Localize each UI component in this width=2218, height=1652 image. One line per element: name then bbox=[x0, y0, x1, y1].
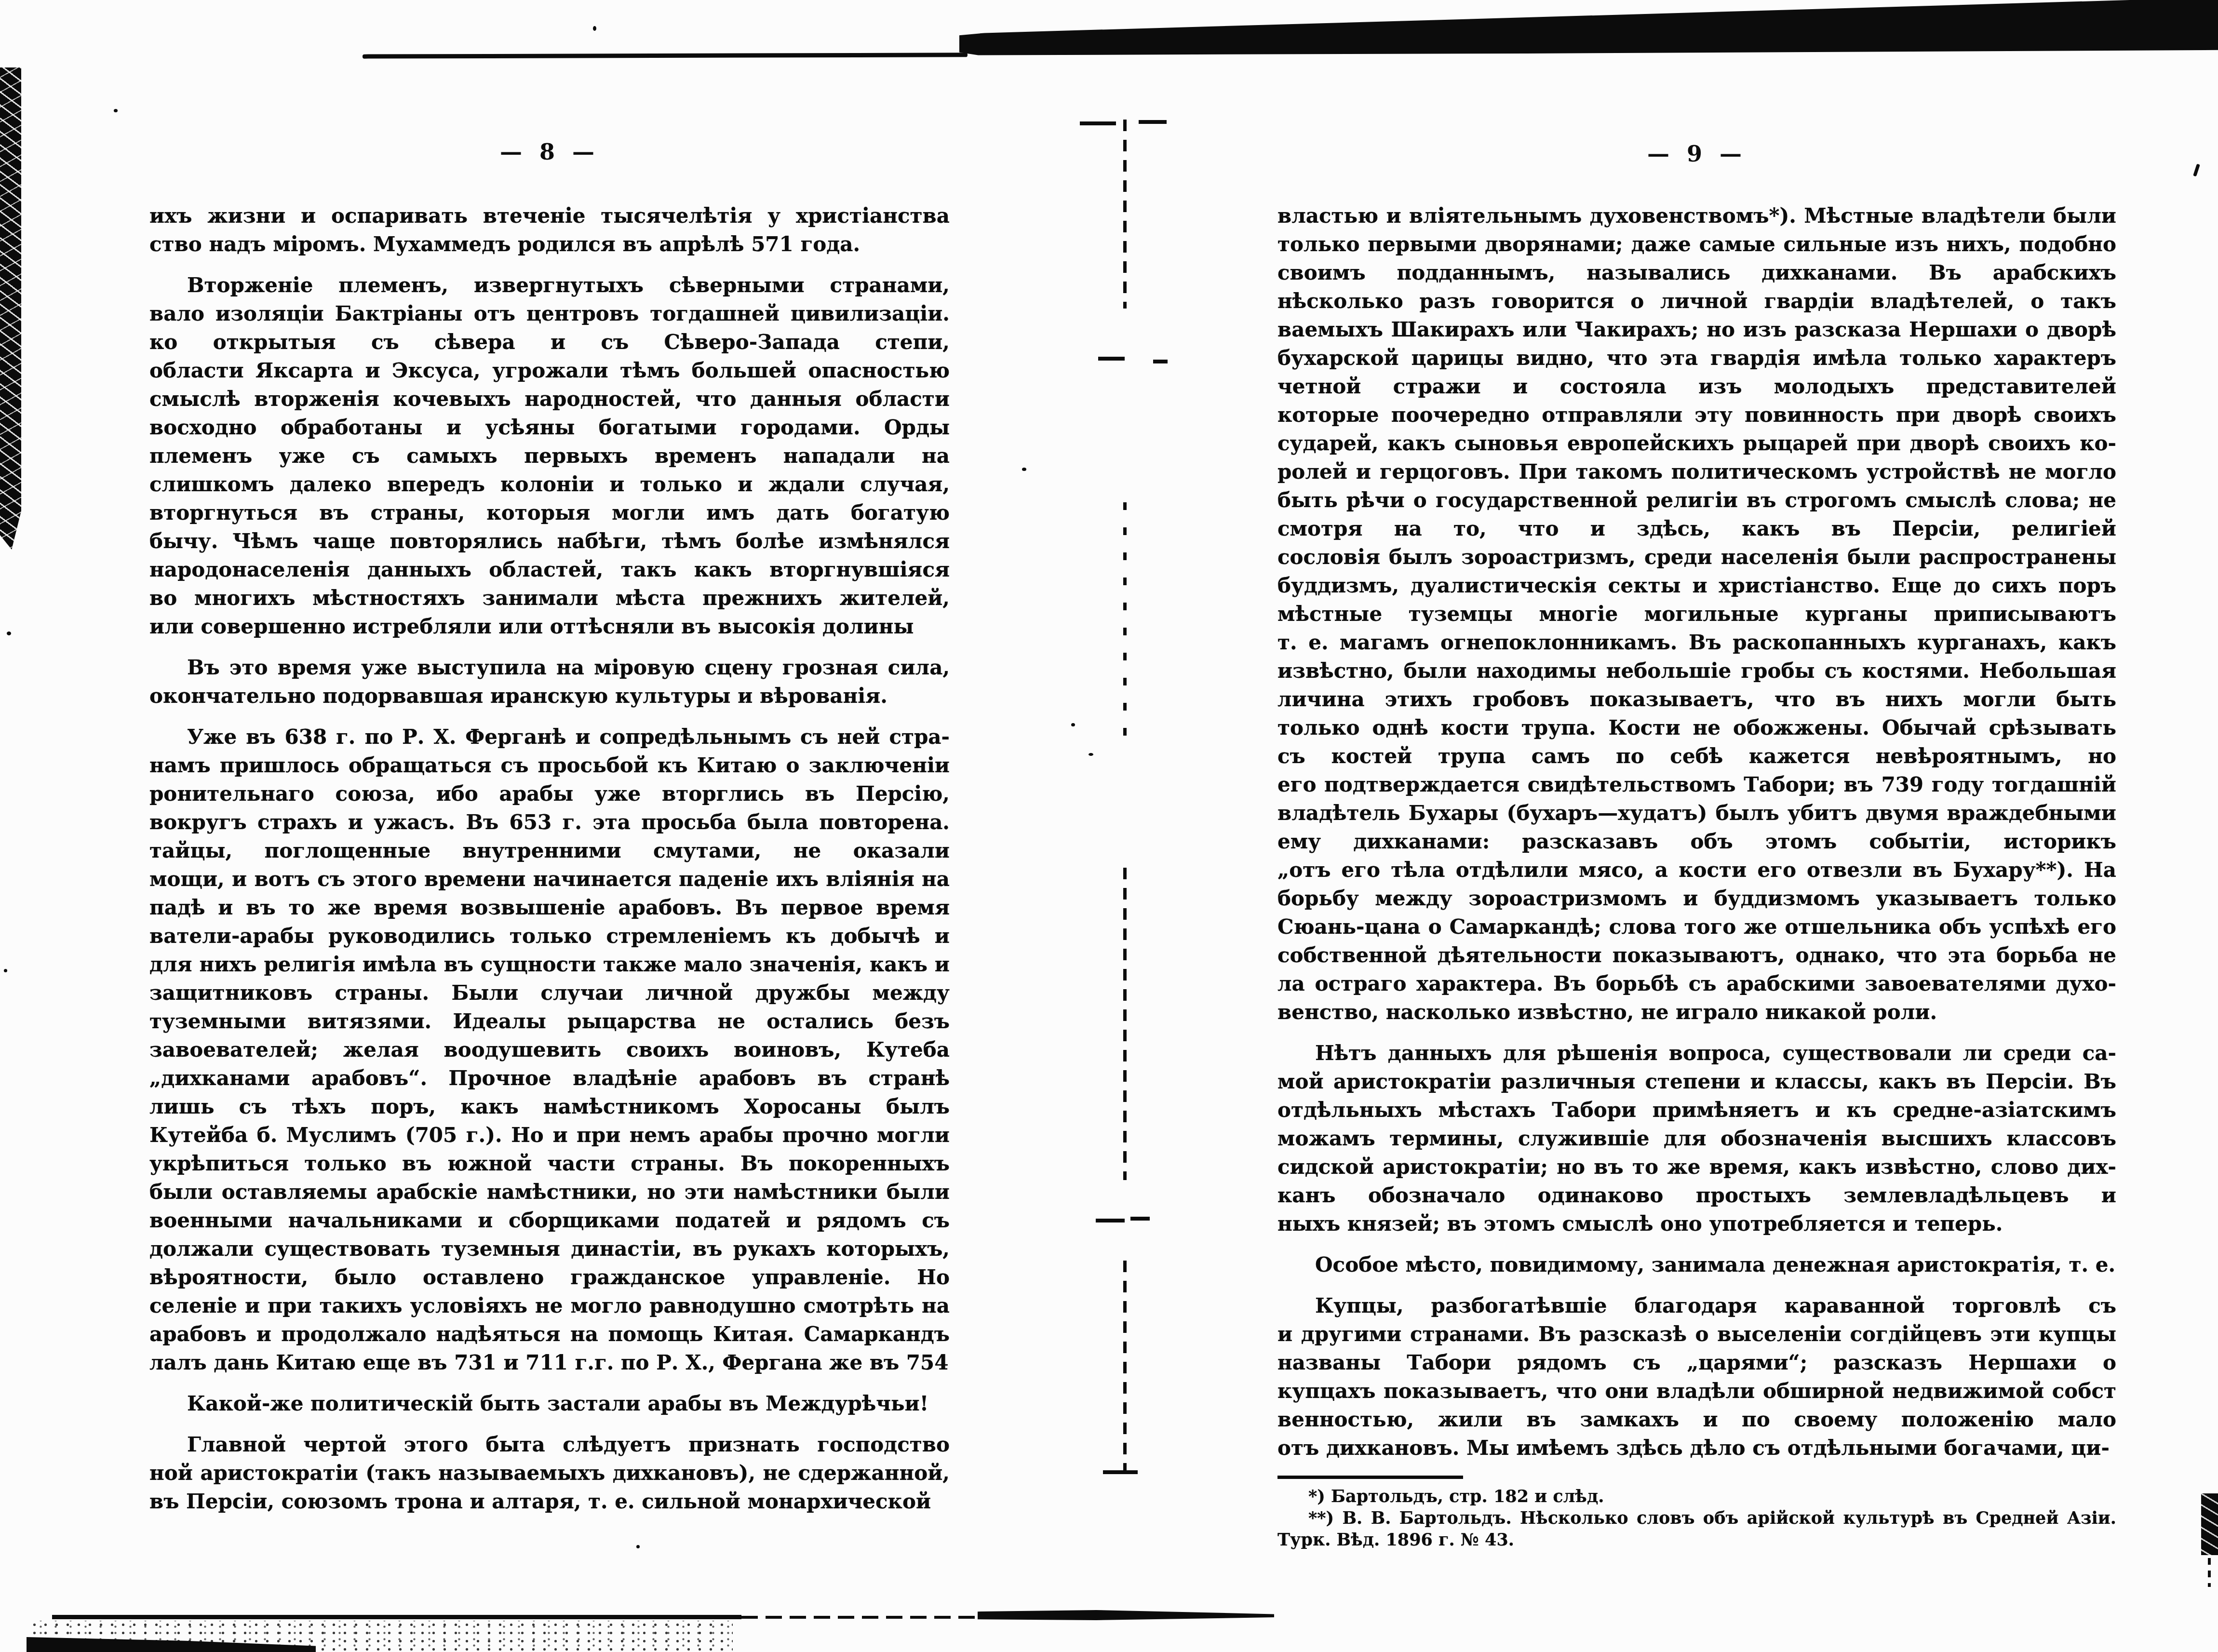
text-line: ваемыхъ Шакирахъ или Чакирахъ; но изъ ра… bbox=[1277, 315, 2116, 344]
ink-speck bbox=[4, 969, 7, 972]
paragraph: ихъ жизни и оспаривать втеченіе тысячелѣ… bbox=[149, 201, 950, 258]
text-line: вторгнуться въ страны, которыя могли имъ… bbox=[149, 498, 950, 527]
paragraph: Вторженіе племенъ, извергнутыхъ сѣверным… bbox=[149, 271, 950, 641]
text-line: лалъ дань Китаю еще въ 731 и 711 г.г. по… bbox=[149, 1348, 950, 1377]
text-line: области Яксарта и Эксуса, угрожали тѣмъ … bbox=[149, 356, 950, 385]
text-line: падѣ и въ то же время возвышеніе арабовъ… bbox=[149, 893, 950, 922]
text-line: Вторженіе племенъ, извергнутыхъ сѣверным… bbox=[149, 271, 950, 299]
text-line: Особое мѣсто, повидимому, занимала денеж… bbox=[1277, 1250, 2116, 1279]
text-line: тайцы, поглощенные внутренними смутами, … bbox=[149, 836, 950, 865]
text-line: владѣтель Бухары (бухаръ—худатъ) былъ уб… bbox=[1277, 799, 2116, 827]
ink-speck bbox=[1022, 468, 1026, 471]
page-left-text-column: ихъ жизни и оспаривать втеченіе тысячелѣ… bbox=[149, 201, 950, 1516]
text-line: вокругъ страхъ и ужасъ. Въ 653 г. эта пр… bbox=[149, 808, 950, 836]
text-line: въ Персіи, союзомъ трона и алтаря, т. е.… bbox=[149, 1487, 950, 1516]
text-line: съ костей трупа самъ по себѣ кажется нев… bbox=[1277, 742, 2116, 770]
text-line: Кутейба б. Муслимъ (705 г.). Но и при не… bbox=[149, 1121, 950, 1149]
text-line: сударей, какъ сыновья европейскихъ рыцар… bbox=[1277, 429, 2116, 457]
text-line: селеніе и при такихъ условіяхъ не могло … bbox=[149, 1291, 950, 1320]
text-line: слишкомъ далеко впередъ колоніи и только… bbox=[149, 470, 950, 498]
scan-artifact-right-edge bbox=[2201, 1493, 2218, 1555]
ink-speck bbox=[1071, 723, 1075, 726]
text-line: „отъ его тѣла отдѣлили мясо, а кости его… bbox=[1277, 856, 2116, 884]
scan-artifact-gutter-fold bbox=[1080, 121, 1116, 125]
text-line: отъ дихкановъ. Мы имѣемъ здѣсь дѣло съ о… bbox=[1277, 1434, 2116, 1462]
ink-speck bbox=[2193, 164, 2200, 177]
text-line: и другими странами. Въ разсказѣ о выселе… bbox=[1277, 1320, 2116, 1348]
text-line: восходно обработаны и усѣяны богатыми го… bbox=[149, 413, 950, 442]
text-line: нѣсколько разъ говорится о личной гварді… bbox=[1277, 287, 2116, 315]
paragraph: Въ это время уже выступила на міровую сц… bbox=[149, 653, 950, 710]
text-line: ихъ жизни и оспаривать втеченіе тысячелѣ… bbox=[149, 201, 950, 230]
text-line: вѣроятности, было оставлено гражданское … bbox=[149, 1263, 950, 1291]
text-line: властью и вліятельнымъ духовенствомъ*). … bbox=[1277, 201, 2116, 230]
text-line: во многихъ мѣстностяхъ занимали мѣста пр… bbox=[149, 584, 950, 612]
text-line: защитниковъ страны. Были случаи личной д… bbox=[149, 979, 950, 1007]
scan-artifact-gutter-fold bbox=[1123, 120, 1127, 309]
footnote-line: *) Бартольдъ, стр. 182 и слѣд. bbox=[1277, 1486, 2116, 1507]
text-line: быть рѣчи о государственной религіи въ с… bbox=[1277, 486, 2116, 514]
text-line: „дихканами арабовъ“. Прочное владѣніе ар… bbox=[149, 1064, 950, 1092]
paragraph: Особое мѣсто, повидимому, занимала денеж… bbox=[1277, 1250, 2116, 1279]
text-line: для нихъ религія имѣла въ сущности также… bbox=[149, 950, 950, 979]
text-line: ко открытыя съ сѣвера и съ Сѣверо-Запада… bbox=[149, 328, 950, 356]
text-line: ватели-арабы руководились только стремле… bbox=[149, 922, 950, 950]
text-line: личина этихъ гробовъ показываетъ, что въ… bbox=[1277, 685, 2116, 713]
ink-speck bbox=[593, 26, 596, 31]
text-line: лишь съ тѣхъ поръ, какъ намѣстникомъ Хор… bbox=[149, 1092, 950, 1121]
ink-speck bbox=[636, 1545, 640, 1548]
text-line: купцахъ показываетъ, что они владѣли обш… bbox=[1277, 1377, 2116, 1405]
text-line: народонаселенія данныхъ областей, такъ к… bbox=[149, 555, 950, 584]
text-line: извѣстно, были находимы небольшіе гробы … bbox=[1277, 657, 2116, 685]
text-line: укрѣпиться только въ южной части страны.… bbox=[149, 1149, 950, 1178]
text-line: смотря на то, что и здѣсь, какъ въ Персі… bbox=[1277, 514, 2116, 543]
text-line: борьбу между зороастризмомъ и буддизмомъ… bbox=[1277, 884, 2116, 913]
text-line: своимъ подданнымъ, назывались дихканами.… bbox=[1277, 258, 2116, 287]
text-line: вало изоляціи Бактріаны отъ центровъ тог… bbox=[149, 299, 950, 328]
text-line: ной аристократіи (такъ называемыхъ дихка… bbox=[149, 1459, 950, 1487]
text-line: Въ это время уже выступила на міровую сц… bbox=[149, 653, 950, 682]
text-line: должали существовать туземныя династіи, … bbox=[149, 1235, 950, 1263]
scan-artifact-bottom-rule bbox=[741, 1616, 979, 1619]
paragraph: Какой-же политическій быть застали арабы… bbox=[149, 1389, 950, 1418]
text-line: были оставляемы арабскіе намѣстники, но … bbox=[149, 1178, 950, 1206]
page-right-text-column: властью и вліятельнымъ духовенствомъ*). … bbox=[1277, 201, 2116, 1551]
text-line: сидской аристократіи; но въ то же время,… bbox=[1277, 1153, 2116, 1181]
scan-artifact-gutter-fold bbox=[1123, 868, 1127, 1180]
text-line: арабовъ и продолжало надѣяться на помощь… bbox=[149, 1320, 950, 1348]
scan-artifact-gutter-fold bbox=[1153, 360, 1168, 363]
ink-speck bbox=[114, 109, 118, 112]
text-line: Уже въ 638 г. по Р. Х. Ферганѣ и сопредѣ… bbox=[149, 723, 950, 751]
text-line: названы Табори рядомъ съ „царями“; разск… bbox=[1277, 1348, 2116, 1377]
text-line: его подтверждается свидѣтельствомъ Табор… bbox=[1277, 770, 2116, 799]
scan-artifact-gutter-fold bbox=[1139, 120, 1167, 124]
scan-artifact-bottom-rule bbox=[978, 1610, 1274, 1620]
text-line: мѣстные туземцы многіе могильные курганы… bbox=[1277, 600, 2116, 628]
footnote-line: Турк. Вѣд. 1896 г. № 43. bbox=[1277, 1529, 2116, 1551]
text-line: можамъ термины, служившіе для обозначені… bbox=[1277, 1124, 2116, 1153]
text-line: канъ обозначало одинаково простыхъ земле… bbox=[1277, 1181, 2116, 1209]
scan-artifact-top-rule bbox=[363, 53, 968, 58]
text-line: ныхъ князей; въ этомъ смыслѣ оно употреб… bbox=[1277, 1209, 2116, 1238]
text-line: ла остраго характера. Въ борьбѣ съ арабс… bbox=[1277, 969, 2116, 998]
scan-artifact-right-edge bbox=[2208, 1558, 2211, 1587]
text-line: ролей и герцоговъ. При такомъ политическ… bbox=[1277, 457, 2116, 486]
text-line: венностью, жили въ замкахъ и по своему п… bbox=[1277, 1405, 2116, 1434]
text-line: Главной чертой этого быта слѣдуетъ призн… bbox=[149, 1430, 950, 1459]
text-line: Какой-же политическій быть застали арабы… bbox=[149, 1389, 950, 1418]
text-line: племенъ уже съ самыхъ первыхъ временъ на… bbox=[149, 442, 950, 470]
text-line: бычу. Чѣмъ чаще повторялись набѣги, тѣмъ… bbox=[149, 527, 950, 555]
text-line: сословія былъ зороастризмъ, среди населе… bbox=[1277, 543, 2116, 571]
text-line: ство надъ міромъ. Мухаммедъ родился въ а… bbox=[149, 230, 950, 258]
ink-speck bbox=[1089, 753, 1093, 756]
scan-artifact-top-bar bbox=[959, 0, 2218, 57]
scan-artifact-gutter-fold bbox=[1103, 1470, 1138, 1474]
scan-artifact-gutter-fold bbox=[1130, 1217, 1150, 1221]
text-line: мой аристократіи различныя степени и кла… bbox=[1277, 1067, 2116, 1096]
text-line: бухарской царицы видно, что эта гвардія … bbox=[1277, 344, 2116, 372]
footnote-line: **) В. В. Бартольдъ. Нѣсколько словъ объ… bbox=[1277, 1507, 2116, 1529]
text-line: завоевателей; желая воодушевить своихъ в… bbox=[149, 1035, 950, 1064]
scan-artifact-gutter-fold bbox=[1098, 357, 1125, 361]
paragraph: Нѣтъ данныхъ для рѣшенія вопроса, сущест… bbox=[1277, 1039, 2116, 1238]
text-line: или совершенно истребляли или оттѣсняли … bbox=[149, 612, 950, 641]
footnote-separator bbox=[1277, 1476, 1463, 1479]
text-line: т. е. магамъ огнепоклонникамъ. Въ раскоп… bbox=[1277, 628, 2116, 657]
paragraph: Главной чертой этого быта слѣдуетъ призн… bbox=[149, 1430, 950, 1516]
page-number-right: — 9 — bbox=[1277, 141, 2116, 167]
text-line: мощи, и вотъ съ этого времени начинается… bbox=[149, 865, 950, 893]
text-line: Нѣтъ данныхъ для рѣшенія вопроса, сущест… bbox=[1277, 1039, 2116, 1067]
text-line: ему дихканами: разсказавъ объ этомъ собы… bbox=[1277, 827, 2116, 856]
scan-artifact-bottom-rule bbox=[52, 1615, 741, 1619]
text-line: буддизмъ, дуалистическія секты и христіа… bbox=[1277, 571, 2116, 600]
scan-artifact-left-edge bbox=[0, 67, 21, 550]
text-line: венство, насколько извѣстно, не играло н… bbox=[1277, 998, 2116, 1026]
text-line: военными начальниками и сборщиками подат… bbox=[149, 1206, 950, 1235]
page-number-left: — 8 — bbox=[149, 139, 950, 165]
scan-artifact-gutter-fold bbox=[1123, 502, 1127, 751]
scan-artifact-gutter-fold bbox=[1096, 1219, 1125, 1222]
paragraph: Купцы, разбогатѣвшіе благодаря караванно… bbox=[1277, 1291, 2116, 1462]
paragraph: Уже въ 638 г. по Р. Х. Ферганѣ и сопредѣ… bbox=[149, 723, 950, 1377]
text-line: которые поочередно отправляли эту повинн… bbox=[1277, 401, 2116, 429]
text-line: намъ пришлось обращаться съ просьбой къ … bbox=[149, 751, 950, 779]
scanned-book-spread: — 8 — ихъ жизни и оспаривать втеченіе ты… bbox=[0, 0, 2218, 1652]
text-line: Сюань-цана о Самаркандѣ; слова того же о… bbox=[1277, 913, 2116, 941]
ink-speck bbox=[7, 631, 11, 635]
paragraph: властью и вліятельнымъ духовенствомъ*). … bbox=[1277, 201, 2116, 1026]
footnotes: *) Бартольдъ, стр. 182 и слѣд.**) В. В. … bbox=[1277, 1476, 2116, 1551]
text-line: собственной дѣятельности показываютъ, од… bbox=[1277, 941, 2116, 969]
text-line: ронительнаго союза, ибо арабы уже вторгл… bbox=[149, 779, 950, 808]
text-line: туземными витязями. Идеалы рыцарства не … bbox=[149, 1007, 950, 1035]
text-line: только однѣ кости трупа. Кости не обожже… bbox=[1277, 713, 2116, 742]
scan-artifact-gutter-fold bbox=[1123, 1261, 1127, 1470]
text-line: окончательно подорвавшая иранскую культу… bbox=[149, 682, 950, 710]
text-line: смыслѣ вторженія кочевыхъ народностей, ч… bbox=[149, 385, 950, 413]
text-line: отдѣльныхъ мѣстахъ Табори примѣняетъ и к… bbox=[1277, 1096, 2116, 1124]
text-line: Купцы, разбогатѣвшіе благодаря караванно… bbox=[1277, 1291, 2116, 1320]
text-line: только первыми дворянами; даже самые сил… bbox=[1277, 230, 2116, 258]
text-line: четной стражи и состояла изъ молодыхъ пр… bbox=[1277, 372, 2116, 401]
